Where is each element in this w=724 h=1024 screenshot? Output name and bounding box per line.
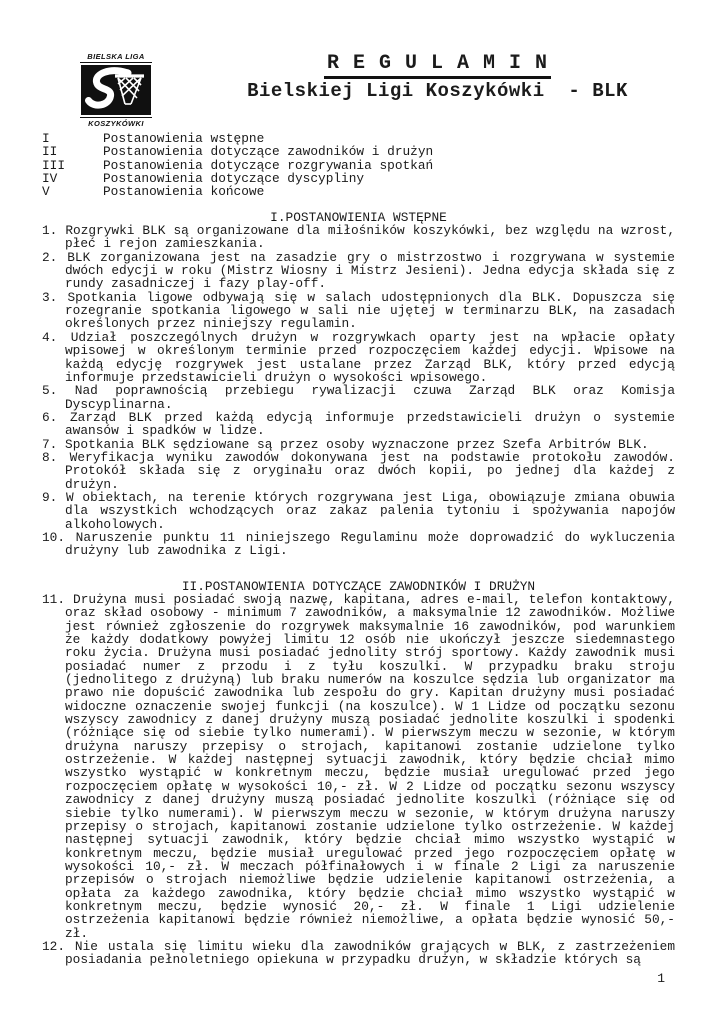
toc-numeral: III <box>42 159 103 172</box>
item-text: Zarząd BLK przed każdą edycją informuje … <box>65 410 675 438</box>
toc-numeral: V <box>42 185 103 198</box>
item-text: BLK zorganizowana jest na zasadzie gry o… <box>65 250 675 292</box>
item-number: 3. <box>42 290 67 305</box>
item-text: Udział poszczególnych drużyn w rozgrywka… <box>65 330 675 385</box>
regulation-item-8: 8. Weryfikacja wyniku zawodów dokonywana… <box>42 451 675 491</box>
section-zawodnicy-i-druzyny: II.POSTANOWIENIA DOTYCZĄCE ZAWODNIKÓW I … <box>42 580 675 967</box>
section-heading: II.POSTANOWIENIA DOTYCZĄCE ZAWODNIKÓW I … <box>42 580 675 593</box>
item-text: Nie ustala się limitu wieku dla zawodnik… <box>65 939 675 967</box>
document-page: BIELSKA LIGA <box>0 0 724 1024</box>
document-title: R E G U L A M I N <box>324 53 551 79</box>
title-block: R E G U L A M I N Bielskiej Ligi Koszykó… <box>210 52 665 102</box>
item-text: W obiektach, na terenie których rozgrywa… <box>65 490 675 532</box>
regulation-item-4: 4. Udział poszczególnych drużyn w rozgry… <box>42 331 675 384</box>
table-of-contents: IPostanowienia wstępne IIPostanowienia d… <box>42 132 675 199</box>
basketball-league-logo-icon <box>81 65 151 115</box>
regulation-item-7: 7. Spotkania BLK sędziowane są przez oso… <box>42 438 675 451</box>
document-header: BIELSKA LIGA <box>42 52 675 126</box>
regulation-item-9: 9. W obiektach, na terenie których rozgr… <box>42 491 675 531</box>
item-number: 2. <box>42 250 67 265</box>
item-number: 1. <box>42 223 65 238</box>
item-text: Drużyna musi posiadać swoją nazwę, kapit… <box>65 592 675 941</box>
item-text: Naruszenie punktu 11 niniejszego Regulam… <box>65 530 675 558</box>
section-postanowienia-wstepne: I.POSTANOWIENIA WSTĘPNE 1. Rozgrywki BLK… <box>42 211 675 558</box>
page-footer: 1 <box>42 972 675 986</box>
regulation-item-11: 11. Drużyna musi posiadać swoją nazwę, k… <box>42 593 675 940</box>
toc-row: VPostanowienia końcowe <box>42 185 675 198</box>
regulation-item-5: 5. Nad poprawnością przebiegu rywalizacj… <box>42 384 675 411</box>
regulation-item-3: 3. Spotkania ligowe odbywają się w salac… <box>42 291 675 331</box>
page-number: 1 <box>657 971 665 986</box>
item-text: Rozgrywki BLK są organizowane dla miłośn… <box>65 223 675 251</box>
toc-row: IVPostanowienia dotyczące dyscypliny <box>42 172 675 185</box>
toc-row: IIPostanowienia dotyczące zawodników i d… <box>42 145 675 158</box>
regulation-item-12: 12. Nie ustala się limitu wieku dla zawo… <box>42 940 675 967</box>
section-heading: I.POSTANOWIENIA WSTĘPNE <box>42 211 675 224</box>
item-text: Weryfikacja wyniku zawodów dokonywana je… <box>65 450 675 492</box>
document-body: I.POSTANOWIENIA WSTĘPNE 1. Rozgrywki BLK… <box>42 211 675 967</box>
regulation-item-1: 1. Rozgrywki BLK są organizowane dla mił… <box>42 224 675 251</box>
league-logo: BIELSKA LIGA <box>80 52 152 128</box>
toc-label: Postanowienia końcowe <box>103 184 264 199</box>
document-subtitle: Bielskiej Ligi Koszykówki - BLK <box>210 80 665 102</box>
toc-row: IIIPostanowienia dotyczące rozgrywania s… <box>42 159 675 172</box>
item-text: Spotkania ligowe odbywają się w salach u… <box>65 290 675 332</box>
toc-numeral: II <box>42 145 103 158</box>
logo-top-text: BIELSKA LIGA <box>80 52 152 63</box>
regulation-item-2: 2. BLK zorganizowana jest na zasadzie gr… <box>42 251 675 291</box>
toc-numeral: IV <box>42 172 103 185</box>
toc-numeral: I <box>42 132 103 145</box>
regulation-item-10: 10. Naruszenie punktu 11 niniejszego Reg… <box>42 531 675 558</box>
toc-row: IPostanowienia wstępne <box>42 132 675 145</box>
item-number: 9. <box>42 490 66 505</box>
regulation-item-6: 6. Zarząd BLK przed każdą edycją informu… <box>42 411 675 438</box>
logo-bottom-text: KOSZYKÓWKI <box>80 117 152 128</box>
item-text: Nad poprawnością przebiegu rywalizacji c… <box>65 383 675 411</box>
